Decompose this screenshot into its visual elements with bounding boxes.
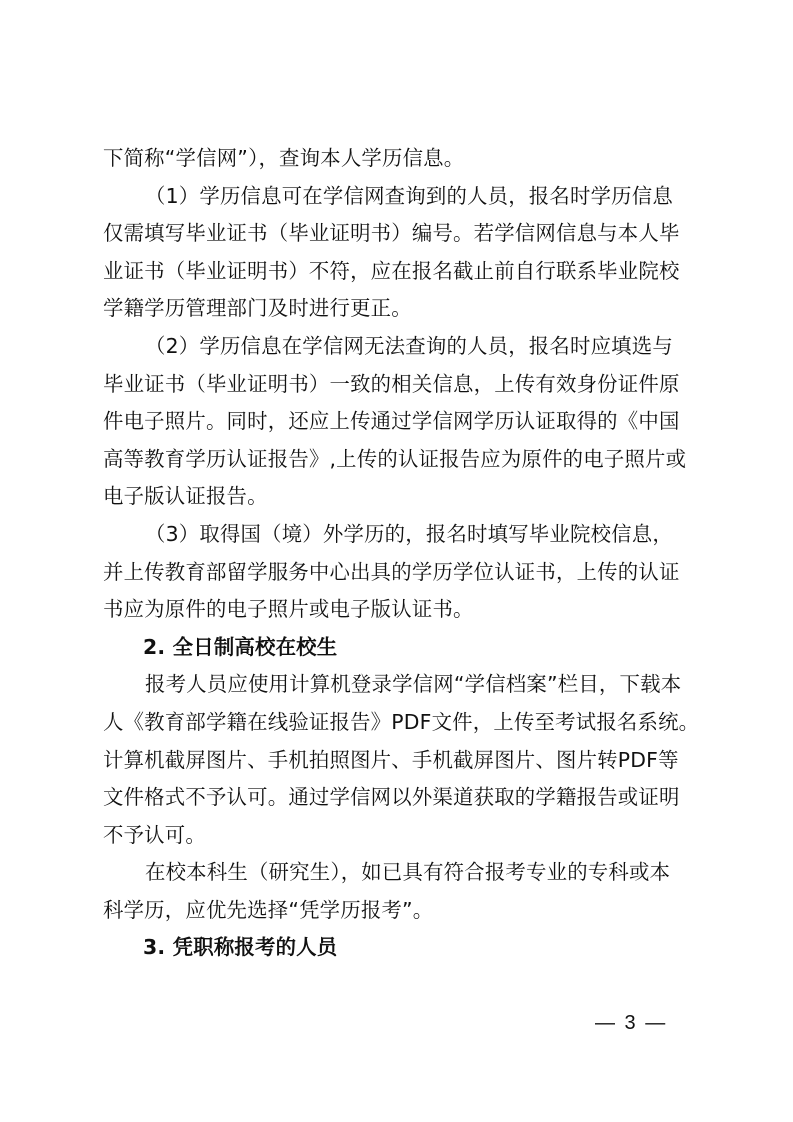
text-line: 学籍学历管理部门及时进行更正。 [103,290,695,328]
text-line: 文件格式不予认可。通过学信网以外渠道获取的学籍报告或证明 [103,779,695,817]
text-line: （3）取得国（境）外学历的，报名时填写毕业院校信息， [103,516,695,554]
text-line: 计算机截屏图片、手机拍照图片、手机截屏图片、图片转PDF等 [103,742,695,780]
text-line: 下简称“学信网”），查询本人学历信息。 [103,140,695,178]
text-line: 业证书（毕业证明书）不符，应在报名截止前自行联系毕业院校 [103,253,695,291]
text-line: 电子版认证报告。 [103,478,695,516]
text-line: 报考人员应使用计算机登录学信网“学信档案”栏目，下载本 [103,666,695,704]
document-page: 下简称“学信网”），查询本人学历信息。 （1）学历信息可在学信网查询到的人员，报… [103,140,695,967]
section-heading: 2. 全日制高校在校生 [103,629,695,667]
text-line: 书应为原件的电子照片或电子版认证书。 [103,591,695,629]
text-line: 件电子照片。同时，还应上传通过学信网学历认证取得的《中国 [103,403,695,441]
text-line: （2）学历信息在学信网无法查询的人员，报名时应填选与 [103,328,695,366]
text-line: （1）学历信息可在学信网查询到的人员，报名时学历信息 [103,178,695,216]
text-line: 科学历，应优先选择“凭学历报考”。 [103,892,695,930]
text-line: 在校本科生（研究生），如已具有符合报考专业的专科或本 [103,854,695,892]
text-line: 人《教育部学籍在线验证报告》PDF文件，上传至考试报名系统。 [103,704,695,742]
text-line: 仅需填写毕业证书（毕业证明书）编号。若学信网信息与本人毕 [103,215,695,253]
text-line: 并上传教育部留学服务中心出具的学历学位认证书，上传的认证 [103,554,695,592]
text-line: 高等教育学历认证报告》,上传的认证报告应为原件的电子照片或 [103,441,695,479]
text-line: 不予认可。 [103,817,695,855]
page-number: — 3 — [595,1012,667,1035]
text-line: 毕业证书（毕业证明书）一致的相关信息，上传有效身份证件原 [103,366,695,404]
section-heading: 3. 凭职称报考的人员 [103,929,695,967]
